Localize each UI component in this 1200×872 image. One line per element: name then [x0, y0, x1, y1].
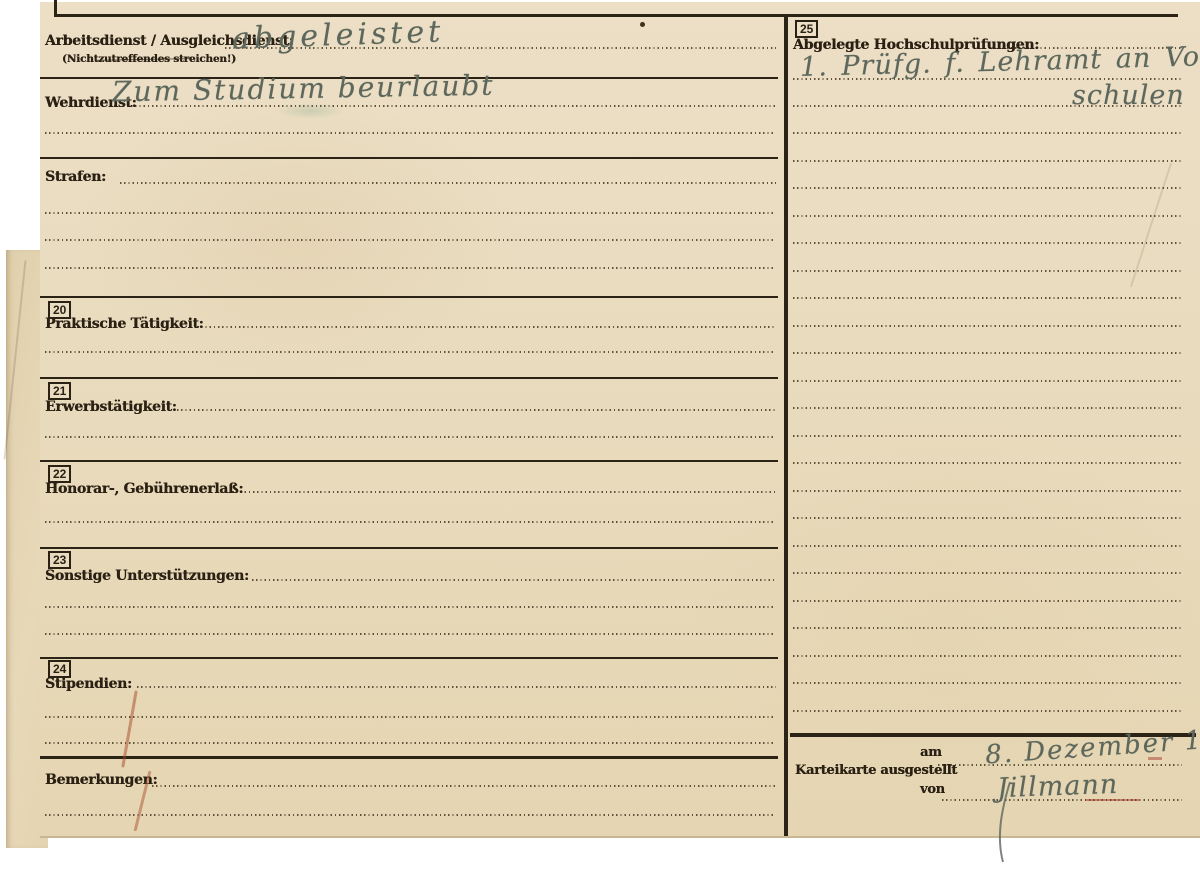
dotted-line [232, 491, 776, 493]
dotted-line [45, 716, 776, 718]
dotted-line [793, 682, 1182, 684]
ausgestellt-am-label: am [920, 745, 942, 760]
dotted-line [252, 579, 776, 581]
field-number-badge-25: 25 [795, 20, 818, 38]
dotted-line [793, 325, 1182, 327]
rule-line [40, 377, 778, 379]
hochschulpruefungen-handwritten-line2: schulen [1072, 80, 1185, 111]
dotted-line [793, 297, 1182, 299]
dotted-line [137, 686, 776, 688]
dotted-line [793, 517, 1182, 519]
dotted-line [45, 132, 776, 134]
dotted-line [793, 655, 1182, 657]
dotted-line [793, 215, 1182, 217]
dotted-line [793, 352, 1182, 354]
dotted-line [45, 606, 776, 608]
karteikarte-ausgestellt-label: Karteikarte ausgestellt [795, 763, 957, 778]
dotted-line [177, 409, 776, 411]
ink-dot-stain [640, 22, 645, 27]
rule-line [784, 14, 788, 836]
dotted-line [793, 160, 1182, 162]
rule-line [40, 547, 778, 549]
erwerbstaetigkeit-label: Erwerbstätigkeit: [45, 399, 177, 415]
strafen-label: Strafen: [45, 169, 106, 185]
dotted-line [793, 462, 1182, 464]
praktische-taetigkeit-label: Praktische Tätigkeit: [45, 316, 204, 332]
dotted-line [793, 132, 1182, 134]
scanned-card-page: Arbeitsdienst / Ausgleichsdienst: (Nicht… [0, 0, 1200, 872]
dotted-line [45, 521, 776, 523]
dotted-line [793, 545, 1182, 547]
rule-line [40, 157, 778, 159]
rule-line [40, 756, 778, 759]
red-mark-dash [1085, 799, 1140, 801]
bemerkungen-label: Bemerkungen: [45, 772, 157, 788]
green-smudge-stain [275, 103, 345, 119]
dotted-line [793, 242, 1182, 244]
dotted-line [793, 710, 1182, 712]
dotted-line [793, 600, 1182, 602]
dotted-line [45, 212, 776, 214]
dotted-line [793, 490, 1182, 492]
ausgestellt-von-label: von [920, 782, 945, 797]
dotted-line [793, 380, 1182, 382]
dotted-line [45, 814, 776, 816]
signature-descender-flourish [988, 778, 1028, 868]
dotted-line [45, 351, 776, 353]
red-mark-small [1148, 757, 1162, 760]
dotted-line [45, 267, 776, 269]
rule-line [40, 296, 778, 298]
honorar-gebuehrenerlass-label: Honorar-, Gebührenerlaß: [45, 481, 243, 497]
sonstige-unterstuetzungen-label: Sonstige Unterstützungen: [45, 568, 249, 584]
field-number-badge-21: 21 [48, 382, 71, 400]
dotted-line [152, 785, 776, 787]
dotted-line [793, 407, 1182, 409]
rule-line [54, 14, 1178, 17]
dotted-line [793, 572, 1182, 574]
dotted-line [45, 436, 776, 438]
dotted-line [45, 742, 776, 744]
arbeitsdienst-handwritten-value: abgeleistet [231, 14, 444, 56]
karteikarte-card [40, 2, 1200, 838]
dotted-line [45, 239, 776, 241]
stipendien-label: Stipendien: [45, 676, 132, 692]
rule-line [40, 657, 778, 659]
field-number-badge-23: 23 [48, 551, 71, 569]
dotted-line [793, 435, 1182, 437]
dotted-line [197, 326, 776, 328]
dotted-line [45, 633, 776, 635]
rule-line [40, 460, 778, 462]
dotted-line [793, 187, 1182, 189]
dotted-line [793, 627, 1182, 629]
dotted-line [793, 270, 1182, 272]
dotted-line [120, 182, 776, 184]
